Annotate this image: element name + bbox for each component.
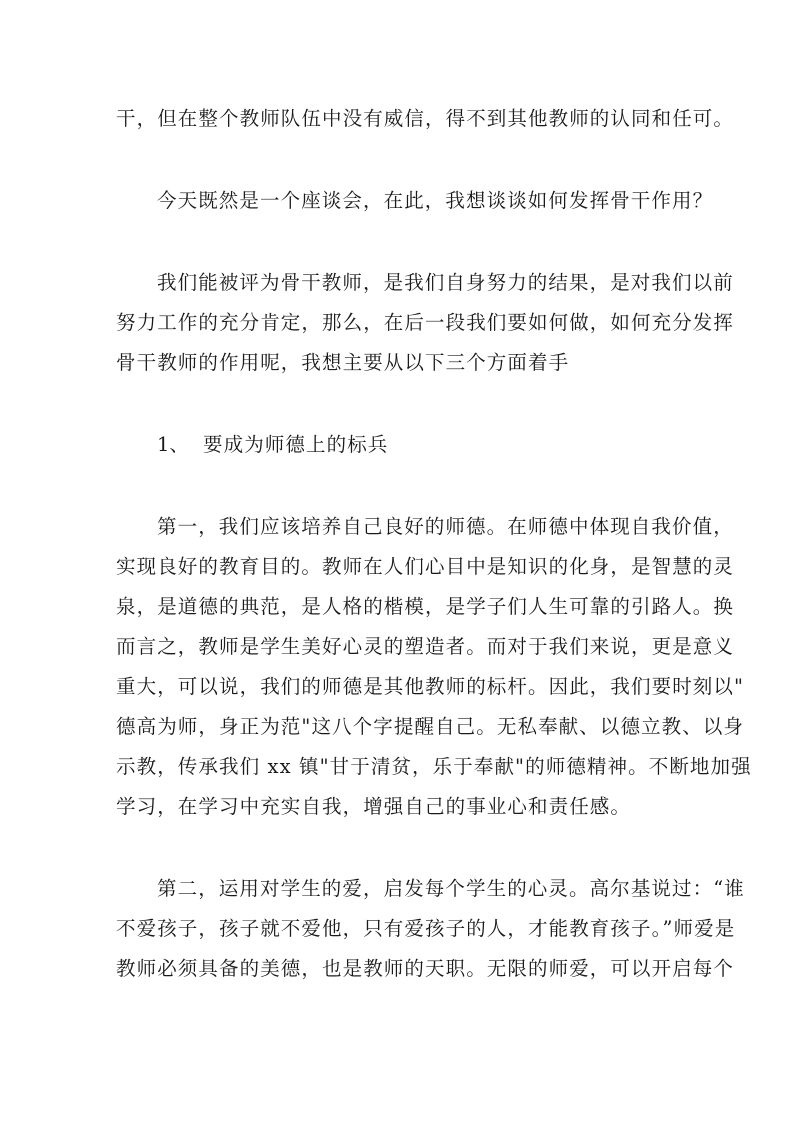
- paragraph-line: 德高为师，身正为范"这八个字提醒自己。无私奉献、以德立教、以身: [116, 715, 676, 739]
- paragraph-line: 我们能被评为骨干教师，是我们自身努力的结果，是对我们以前: [157, 271, 677, 295]
- paragraph-line: 而言之，教师是学生美好心灵的塑造者。而对于我们来说，更是意义: [116, 635, 676, 659]
- paragraph-line: 骨干教师的作用呢，我想主要从以下三个方面着手: [116, 351, 676, 375]
- paragraph-line: 重大，可以说，我们的师德是其他教师的标杆。因此，我们要时刻以": [116, 675, 676, 699]
- paragraph-line: 今天既然是一个座谈会，在此，我想谈谈如何发挥骨干作用？: [157, 189, 677, 213]
- heading-number: 1、: [157, 433, 189, 457]
- heading-text: 要成为师德上的标兵: [203, 433, 388, 457]
- paragraph-line: 不爱孩子，孩子就不爱他，只有爱孩子的人，才能教育孩子。”师爱是: [116, 917, 676, 941]
- paragraph-line: 第二，运用对学生的爱，启发每个学生的心灵。高尔基说过：“谁: [157, 877, 677, 901]
- paragraph-line: 努力工作的充分肯定，那么，在后一段我们要如何做，如何充分发挥: [116, 311, 676, 335]
- paragraph-line: 第一，我们应该培养自己良好的师德。在师德中体现自我价值，: [157, 515, 677, 539]
- paragraph-line: 学习，在学习中充实自我，增强自己的事业心和责任感。: [116, 795, 676, 819]
- paragraph-line: 教师必须具备的美德，也是教师的天职。无限的师爱，可以开启每个: [116, 957, 676, 981]
- paragraph-line: 示教，传承我们 xx 镇"甘于清贫，乐于奉献"的师德精神。不断地加强: [116, 755, 676, 779]
- paragraph-line: 泉，是道德的典范，是人格的楷模，是学子们人生可靠的引路人。换: [116, 595, 676, 619]
- paragraph-line: 实现良好的教育目的。教师在人们心目中是知识的化身，是智慧的灵: [116, 555, 676, 579]
- paragraph-line: 干，但在整个教师队伍中没有威信，得不到其他教师的认同和任可。: [116, 107, 676, 131]
- document-page: 干，但在整个教师队伍中没有威信，得不到其他教师的认同和任可。 今天既然是一个座谈…: [0, 0, 793, 1122]
